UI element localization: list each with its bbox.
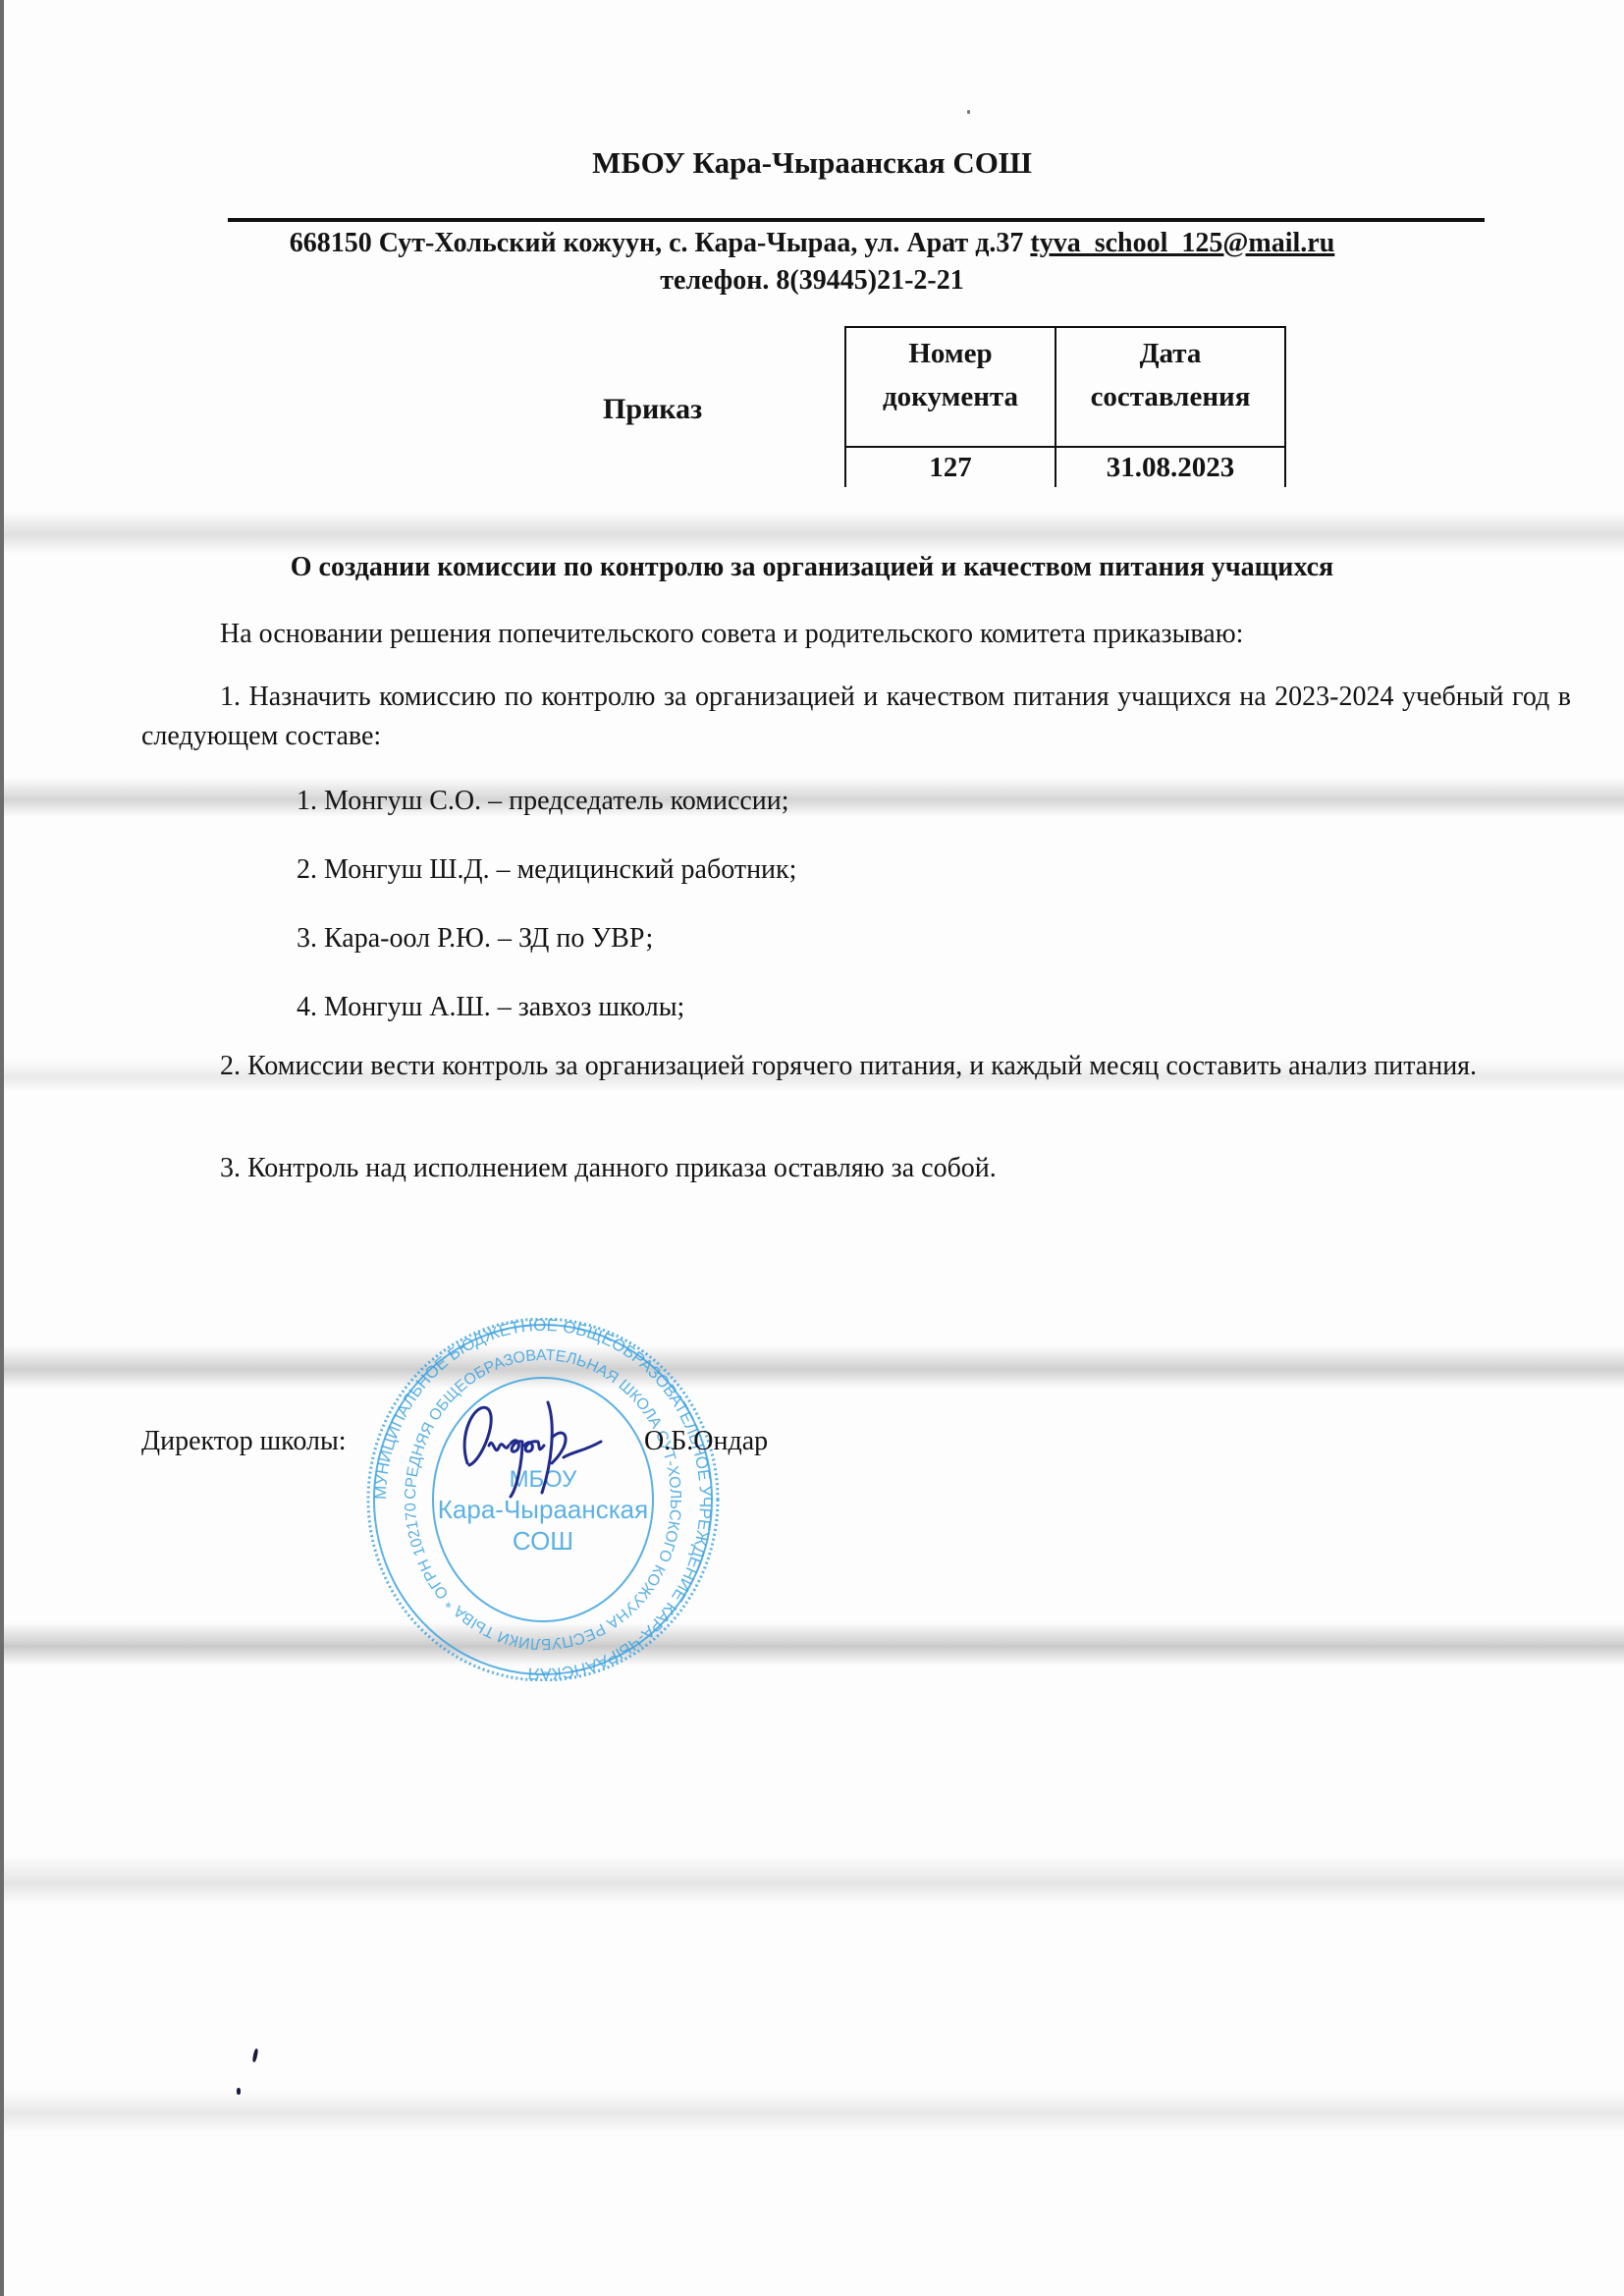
header-doc-date: Дата составления xyxy=(1056,327,1285,447)
member-item: 4. Монгуш А.Ш. – завхоз школы; xyxy=(297,992,684,1023)
address-line: 668150 Сут-Хольский кожуун, с. Кара-Чыра… xyxy=(0,228,1624,259)
table-header-row: Номер документа Дата составления xyxy=(845,327,1285,447)
scan-speck xyxy=(967,110,970,114)
scan-streak xyxy=(0,778,1624,817)
scan-speck xyxy=(252,2049,259,2063)
director-name: О.Б.Ондар xyxy=(644,1426,768,1457)
header-divider xyxy=(228,218,1485,222)
scan-streak xyxy=(0,511,1624,554)
doc-number-value: 127 xyxy=(845,447,1056,487)
document-heading: О создании комиссии по контролю за орган… xyxy=(0,552,1624,583)
member-item: 1. Монгуш С.О. – председатель комиссии; xyxy=(297,786,789,817)
address-text: 668150 Сут-Хольский кожуун, с. Кара-Чыра… xyxy=(290,228,1024,258)
header-doc-number: Номер документа xyxy=(845,327,1056,447)
scan-streak xyxy=(0,1856,1624,1905)
scan-streak xyxy=(0,1622,1624,1666)
phone-line: телефон. 8(39445)21-2-21 xyxy=(0,265,1624,297)
scan-left-edge xyxy=(0,0,4,2296)
organization-title: МБОУ Кара-Чыраанская СОШ xyxy=(0,145,1624,181)
order-item-2: 2. Комиссии вести контроль за организаци… xyxy=(141,1047,1571,1086)
order-item-3: 3. Контроль над исполнением данного прик… xyxy=(141,1149,1571,1188)
member-item: 3. Кара-оол Р.Ю. – ЗД по УВР; xyxy=(297,923,653,955)
stamp-center-line: СОШ xyxy=(513,1526,573,1556)
doc-date-value: 31.08.2023 xyxy=(1056,447,1285,487)
document-info-table: Номер документа Дата составления 127 31.… xyxy=(844,326,1286,487)
scan-speck xyxy=(237,2088,241,2095)
table-row: 127 31.08.2023 xyxy=(845,447,1285,487)
member-item: 2. Монгуш Ш.Д. – медицинский работник; xyxy=(297,854,796,886)
scan-streak xyxy=(0,1345,1624,1389)
order-item-1: 1. Назначить комиссию по контролю за орг… xyxy=(141,678,1571,756)
scan-streak xyxy=(0,2090,1624,2133)
email-link[interactable]: tyva_school_125@mail.ru xyxy=(1030,228,1334,258)
signature-title: Директор школы: xyxy=(141,1426,347,1457)
preamble: На основании решения попечительского сов… xyxy=(141,615,1571,654)
handwritten-signature xyxy=(454,1394,611,1503)
order-label: Приказ xyxy=(603,393,702,426)
